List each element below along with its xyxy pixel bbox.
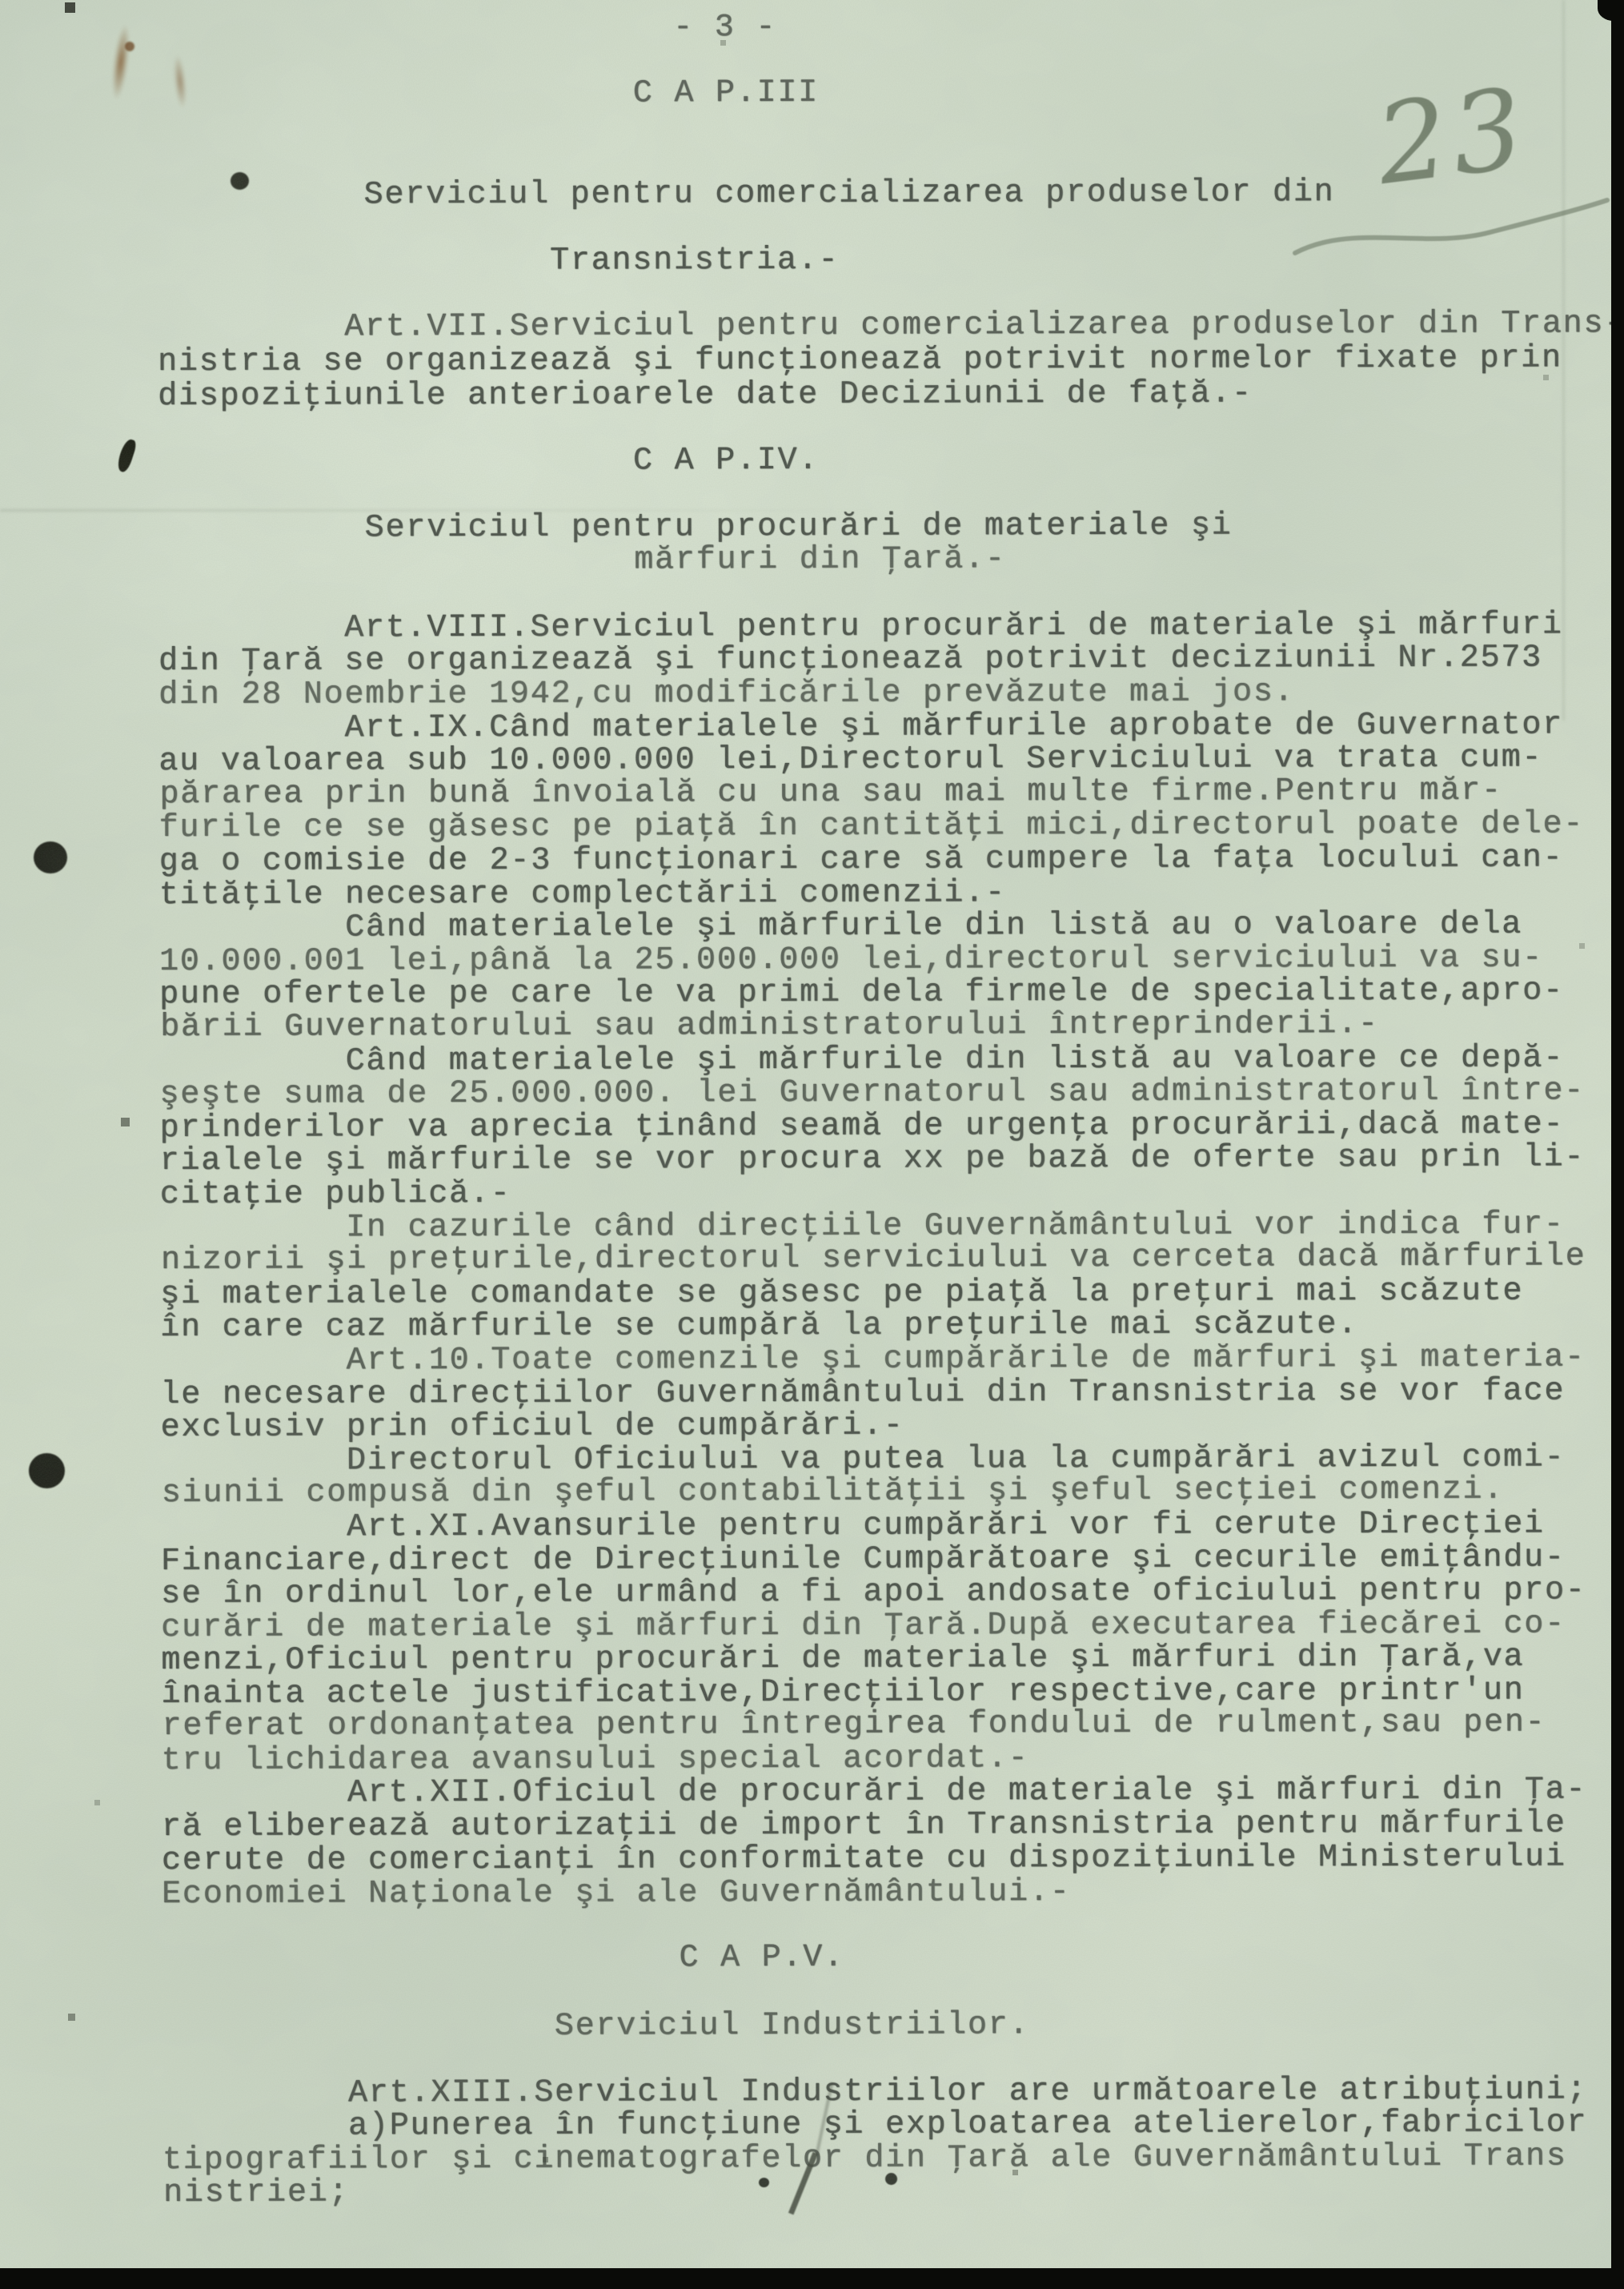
typed-line <box>158 476 1623 512</box>
typed-line: cerute de comercianţi în conformitate cu… <box>162 1841 1624 1877</box>
typed-line: mărfuri din Ţară.- <box>159 541 1624 578</box>
typed-line <box>158 408 1622 445</box>
typed-line: dispoziţiunile anterioarele date Deciziu… <box>158 376 1622 413</box>
typed-line: şeşte suma de 25.000.000. lei Guvernator… <box>159 1074 1624 1111</box>
punch-hole <box>29 1453 65 1488</box>
typed-line: bării Guvernatorului sau administratorul… <box>160 1007 1624 1044</box>
typed-line: menzi,Oficiul pentru procurări de materi… <box>161 1640 1624 1677</box>
typed-line: tipografiilor şi cinematografelor din Ţa… <box>162 2140 1624 2177</box>
pen-dot <box>885 2173 897 2185</box>
rust-stain <box>125 42 134 51</box>
typed-line: 10.000.001 lei,până la 25.000.000 lei,di… <box>159 942 1624 978</box>
typed-line: Serviciul pentru procurări de materiale … <box>158 508 1623 545</box>
torn-notch <box>115 438 138 474</box>
punch-hole <box>34 841 67 873</box>
rust-stain <box>109 23 132 100</box>
typed-line: tru lichidarea avansului special acordat… <box>162 1741 1624 1777</box>
typed-line: referat ordonanţatea pentru întregirea f… <box>162 1706 1624 1743</box>
handwriting-underline-stroke <box>1281 176 1617 272</box>
typed-line: C A P.IV. <box>158 442 1622 479</box>
typed-line <box>162 1907 1624 1944</box>
typed-line: tităţile necesare complectării comenzii.… <box>159 876 1624 913</box>
typed-line: Art.10.Toate comenzile şi cumpărările de… <box>160 1341 1624 1378</box>
scan-edge-bottom <box>0 2268 1624 2289</box>
pen-dot <box>759 2178 769 2187</box>
typed-line: Art.IX.Când materialele şi mărfurile apr… <box>158 709 1623 746</box>
typed-line: Când materialele şi mărfurile din listă … <box>159 908 1624 945</box>
typed-text: - 3 - C A P.III Serviciul pentru comerci… <box>157 9 1624 2211</box>
scan-edge-right <box>1611 0 1624 2289</box>
typed-line: se în ordinul lor,ele urmând a fi apoi a… <box>161 1574 1624 1611</box>
typed-line: din Ţară se organizează şi funcţionează … <box>158 641 1623 678</box>
typed-line: nistria se organizează şi funcţionează p… <box>158 342 1622 379</box>
typed-line: ră eliberează autorizaţii de import în T… <box>162 1807 1624 1844</box>
dirt-specks <box>0 0 2 2</box>
typed-line: Financiare,direct de Direcţiunile Cumpăr… <box>161 1542 1624 1579</box>
typed-line: furile ce se găsesc pe piaţă în cantităţ… <box>159 808 1624 845</box>
typed-line: - 3 - <box>157 9 1622 46</box>
typed-line: rialele şi mărfurile se vor procura xx p… <box>160 1141 1624 1178</box>
typed-line: Art.VII.Serviciul pentru comercializarea… <box>158 308 1623 345</box>
typed-line: şi materialele comandate se găsesc pe pi… <box>160 1275 1624 1311</box>
typed-line: ga o comisie de 2-3 funcţionari care să … <box>159 841 1624 878</box>
document-page: - 3 - C A P.III Serviciul pentru comerci… <box>0 0 1624 2289</box>
typed-line: părarea prin bună învoială cu una sau ma… <box>160 774 1624 811</box>
typed-line: Serviciul Industriilor. <box>162 2007 1624 2044</box>
typed-line: curări de materiale şi mărfuri din Ţară.… <box>161 1608 1624 1644</box>
typed-line: din 28 Noembrie 1942,cu modificările pre… <box>158 675 1623 712</box>
typed-line: exclusiv prin oficiul de cumpărări.- <box>161 1408 1624 1444</box>
typed-line <box>158 575 1623 612</box>
typed-line: C A P.V. <box>162 1940 1624 1977</box>
typed-line: citaţie publică.- <box>160 1175 1624 1211</box>
typed-line: le necesare direcţiilor Guvernământului … <box>160 1375 1624 1412</box>
typed-line: siunii compusă din şeful contabilităţii … <box>162 1473 1624 1510</box>
typed-line: Economiei Naţionale şi ale Guvernământul… <box>162 1874 1624 1911</box>
typed-line <box>162 2041 1624 2078</box>
typed-line <box>162 1974 1624 2010</box>
typed-line: pune ofertele pe care le va primi dela f… <box>159 974 1624 1011</box>
typed-line: nizorii şi preţurile,directorul serviciu… <box>161 1240 1624 1277</box>
pin-hole <box>231 172 249 190</box>
typed-line: în care caz mărfurile se cumpără la preţ… <box>160 1307 1624 1344</box>
typed-line: Art.XI.Avansurile pentru cumpărări vor f… <box>161 1508 1624 1544</box>
